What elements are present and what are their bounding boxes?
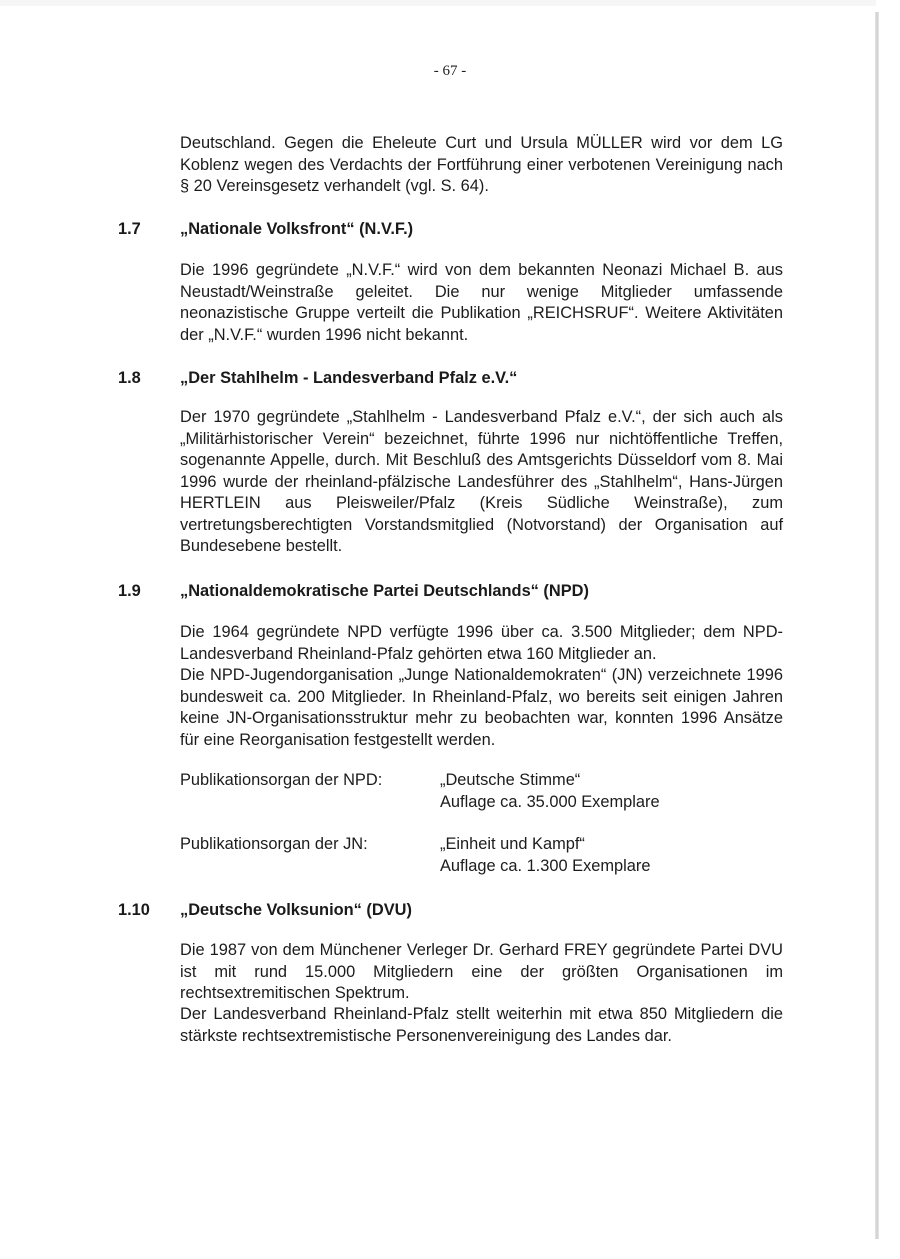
section-title: „Der Stahlhelm - Landesverband Pfalz e.V…	[180, 369, 517, 387]
section-1-8-paragraph: Der 1970 gegründete „Stahlhelm - Landesv…	[180, 407, 783, 558]
section-1-9-paragraph-1: Die 1964 gegründete NPD verfügte 1996 üb…	[180, 622, 783, 665]
scan-top-shade	[0, 0, 876, 6]
section-1-10-paragraph-1: Die 1987 von dem Münchener Verleger Dr. …	[180, 940, 783, 1005]
section-heading-1-10: 1.10„Deutsche Volksunion“ (DVU)	[118, 899, 412, 921]
publication-circulation: Auflage ca. 1.300 Exemplare	[440, 856, 650, 878]
scan-page-edge	[875, 12, 879, 1239]
section-title: „Nationale Volksfront“ (N.V.F.)	[180, 220, 413, 238]
publication-title: „Deutsche Stimme“	[440, 770, 580, 792]
section-1-7-paragraph: Die 1996 gegründete „N.V.F.“ wird von de…	[180, 260, 783, 346]
section-number: 1.10	[118, 899, 180, 921]
page-number: - 67 -	[0, 63, 900, 80]
publication-title: „Einheit und Kampf“	[440, 834, 585, 856]
section-number: 1.9	[118, 580, 180, 602]
section-number: 1.7	[118, 218, 180, 240]
section-1-9-paragraph-2: Die NPD-Jugendorganisation „Junge Nation…	[180, 665, 783, 751]
publication-label: Publikationsorgan der JN:	[180, 834, 368, 856]
section-title: „Nationaldemokratische Partei Deutschlan…	[180, 582, 589, 600]
section-1-10-paragraph-2: Der Landesverband Rheinland-Pfalz stellt…	[180, 1004, 783, 1047]
publication-circulation: Auflage ca. 35.000 Exemplare	[440, 792, 660, 814]
section-title: „Deutsche Volksunion“ (DVU)	[180, 901, 412, 919]
publication-label: Publikationsorgan der NPD:	[180, 770, 382, 792]
section-number: 1.8	[118, 367, 180, 389]
section-heading-1-8: 1.8„Der Stahlhelm - Landesverband Pfalz …	[118, 367, 517, 389]
intro-paragraph: Deutschland. Gegen die Eheleute Curt und…	[180, 133, 783, 198]
section-heading-1-7: 1.7„Nationale Volksfront“ (N.V.F.)	[118, 218, 413, 240]
section-heading-1-9: 1.9„Nationaldemokratische Partei Deutsch…	[118, 580, 589, 602]
